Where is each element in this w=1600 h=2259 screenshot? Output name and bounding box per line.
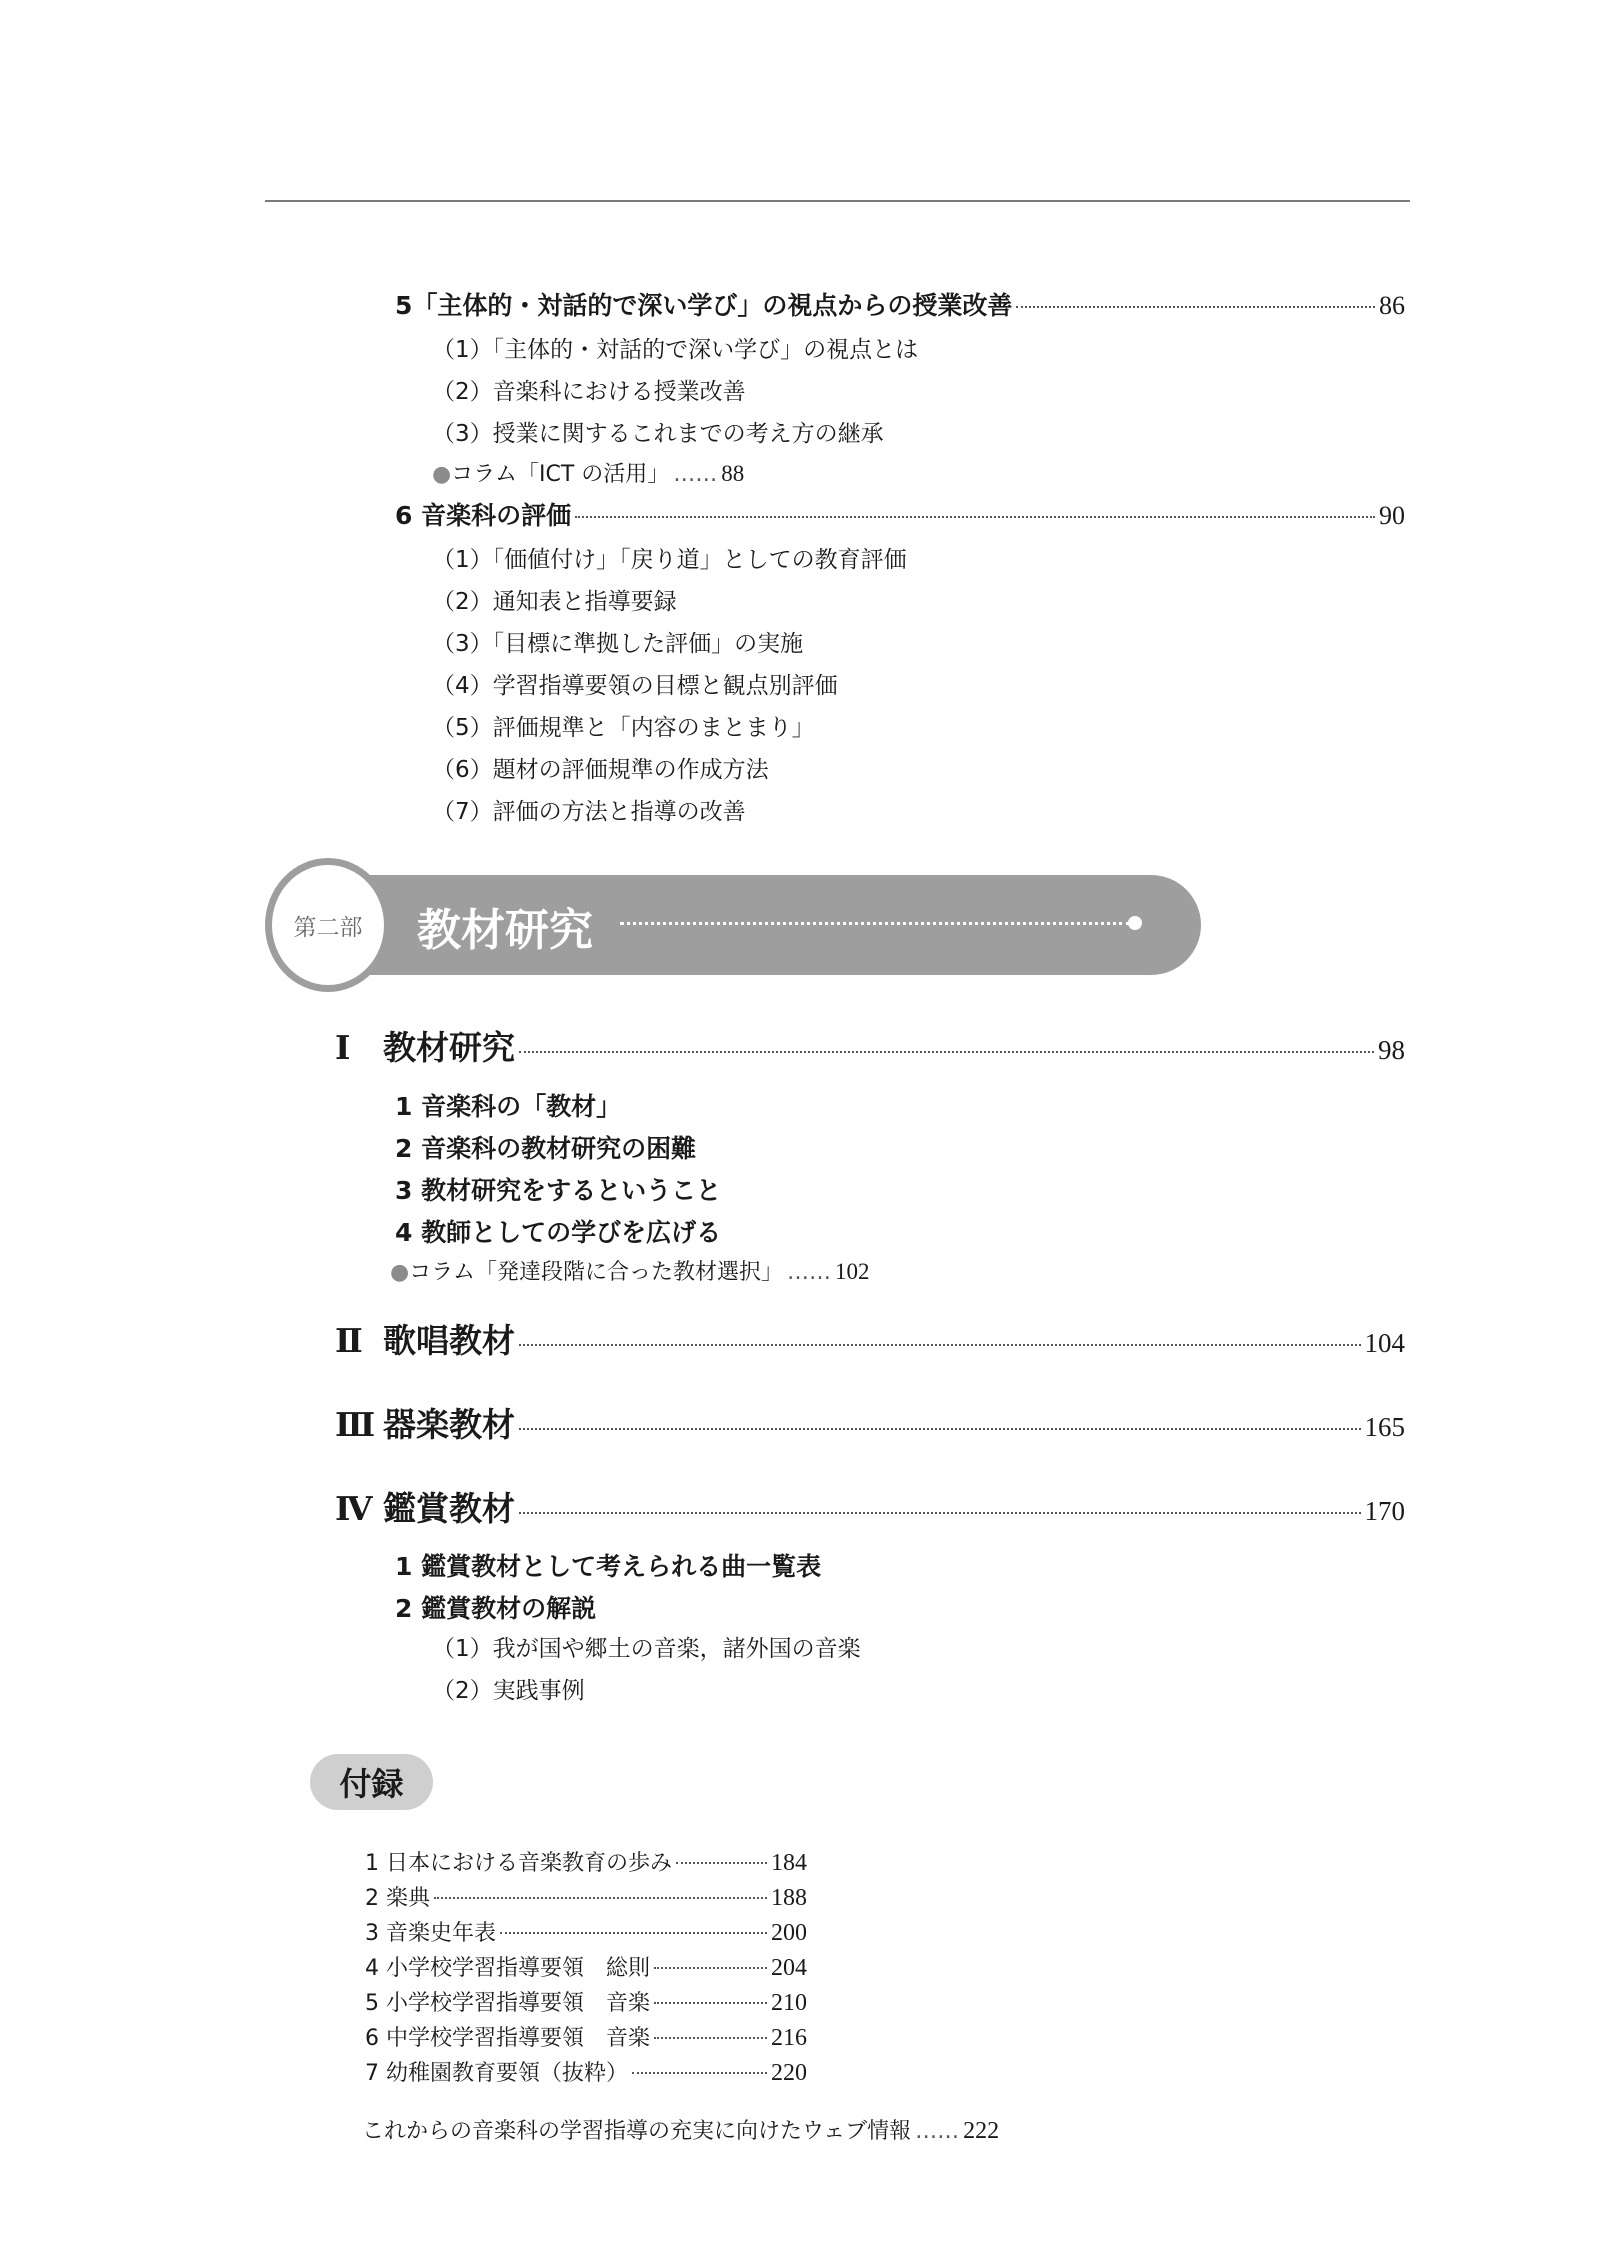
toc-item[interactable]: 1 音楽科の「教材」: [395, 1087, 621, 1123]
column-label: コラム「ICT の活用」: [451, 457, 669, 488]
toc-item[interactable]: 3 教材研究をするということ: [395, 1171, 721, 1207]
dot-leader: [632, 2072, 767, 2074]
page-number: 86: [1379, 291, 1405, 321]
dot-leader: [1016, 306, 1375, 308]
subsection-label: （2）通知表と指導要録: [432, 583, 677, 616]
dot-leader: ……: [915, 2119, 959, 2144]
toc-subsection[interactable]: （2）実践事例: [432, 1672, 585, 1705]
column-label: コラム「発達段階に合った教材選択」: [409, 1255, 783, 1286]
page-number: 220: [771, 2060, 807, 2087]
toc-chapter-2[interactable]: Ⅱ 歌唱教材 104: [335, 1315, 1405, 1362]
item-label: 2 音楽科の教材研究の困難: [395, 1129, 696, 1165]
subsection-label: （2）実践事例: [432, 1672, 585, 1705]
toc-section-label: 5「主体的・対話的で深い学び」の視点からの授業改善: [395, 286, 1012, 322]
dot-leader: [654, 2002, 767, 2004]
toc-column[interactable]: ● コラム「発達段階に合った教材選択」 …… 102: [390, 1255, 870, 1286]
appendix-item-label: 1 日本における音楽教育の歩み: [365, 1846, 672, 1877]
toc-column[interactable]: ● コラム「ICT の活用」 …… 88: [432, 457, 744, 488]
toc-subsection[interactable]: （2）通知表と指導要録: [432, 583, 677, 616]
part-badge-label: 第二部: [294, 909, 363, 942]
appendix-item[interactable]: 5 小学校学習指導要領 音楽 210: [365, 1986, 807, 2017]
chapter-numeral: Ⅳ: [335, 1489, 383, 1529]
appendix-item-label: 4 小学校学習指導要領 総則: [365, 1951, 650, 1982]
banner-dot-leader: [620, 922, 1130, 925]
toc-chapter-4[interactable]: Ⅳ 鑑賞教材 170: [335, 1483, 1405, 1530]
dot-leader: [654, 2037, 767, 2039]
dot-leader: [676, 1862, 767, 1864]
dot-leader: ……: [673, 462, 717, 487]
page-number: 222: [963, 2118, 999, 2145]
page-number: 170: [1365, 1496, 1406, 1527]
page-number: 216: [771, 2025, 807, 2052]
page-number: 102: [835, 1259, 870, 1285]
bullet-icon: ●: [432, 462, 451, 487]
appendix-item[interactable]: 6 中学校学習指導要領 音楽 216: [365, 2021, 807, 2052]
toc-subsection[interactable]: （1）「主体的・対話的で深い学び」の視点とは: [432, 331, 918, 364]
item-label: 3 教材研究をするということ: [395, 1171, 721, 1207]
dot-leader: [519, 1051, 1374, 1053]
subsection-label: （7）評価の方法と指導の改善: [432, 793, 746, 826]
toc-chapter-3[interactable]: Ⅲ 器楽教材 165: [335, 1399, 1405, 1446]
appendix-item[interactable]: 1 日本における音楽教育の歩み 184: [365, 1846, 807, 1877]
appendix-item-label: 2 楽典: [365, 1881, 430, 1912]
item-label: 4 教師としての学びを広げる: [395, 1213, 721, 1249]
subsection-label: （5）評価規準と「内容のまとまり」: [432, 709, 815, 742]
dot-leader: [500, 1932, 767, 1934]
toc-section-5[interactable]: 5「主体的・対話的で深い学び」の視点からの授業改善 86: [395, 286, 1405, 322]
toc-item[interactable]: 2 鑑賞教材の解説: [395, 1589, 596, 1625]
chapter-numeral: Ⅰ: [335, 1028, 383, 1068]
toc-subsection[interactable]: （6）題材の評価規準の作成方法: [432, 751, 769, 784]
appendix-item-label: 5 小学校学習指導要領 音楽: [365, 1986, 650, 2017]
dot-leader: [519, 1428, 1361, 1430]
appendix-heading: 付録: [310, 1754, 433, 1810]
page-number: 98: [1378, 1035, 1405, 1066]
toc-item[interactable]: 2 音楽科の教材研究の困難: [395, 1129, 696, 1165]
toc-section-label: 6 音楽科の評価: [395, 496, 571, 532]
page-number: 104: [1365, 1328, 1406, 1359]
chapter-numeral: Ⅲ: [335, 1405, 383, 1445]
dot-leader: [434, 1897, 767, 1899]
dot-leader: [654, 1967, 767, 1969]
appendix-item[interactable]: 7 幼稚園教育要領（抜粋） 220: [365, 2056, 807, 2087]
page-number: 200: [771, 1920, 807, 1947]
part-title: 教材研究: [417, 894, 593, 958]
dot-leader: [519, 1344, 1361, 1346]
appendix-item-label: 3 音楽史年表: [365, 1916, 496, 1947]
web-info-label: これからの音楽科の学習指導の充実に向けたウェブ情報: [362, 2114, 911, 2145]
toc-item[interactable]: 4 教師としての学びを広げる: [395, 1213, 721, 1249]
chapter-label: 器楽教材: [383, 1399, 515, 1446]
toc-subsection[interactable]: （5）評価規準と「内容のまとまり」: [432, 709, 815, 742]
toc-section-6[interactable]: 6 音楽科の評価 90: [395, 496, 1405, 532]
subsection-label: （3）授業に関するこれまでの考え方の継承: [432, 415, 884, 448]
page-number: 188: [771, 1885, 807, 1912]
banner-end-dot-icon: [1128, 916, 1142, 930]
item-label: 2 鑑賞教材の解説: [395, 1589, 596, 1625]
item-label: 1 音楽科の「教材」: [395, 1087, 621, 1123]
dot-leader: [575, 516, 1375, 518]
subsection-label: （3）「目標に準拠した評価」の実施: [432, 625, 803, 658]
appendix-item[interactable]: 3 音楽史年表 200: [365, 1916, 807, 1947]
chapter-label: 鑑賞教材: [383, 1483, 515, 1530]
toc-subsection[interactable]: （7）評価の方法と指導の改善: [432, 793, 746, 826]
appendix-title: 付録: [339, 1759, 403, 1805]
header-rule: [265, 200, 1410, 202]
toc-subsection[interactable]: （4）学習指導要領の目標と観点別評価: [432, 667, 838, 700]
subsection-label: （2）音楽科における授業改善: [432, 373, 746, 406]
toc-subsection[interactable]: （2）音楽科における授業改善: [432, 373, 746, 406]
appendix-item-label: 6 中学校学習指導要領 音楽: [365, 2021, 650, 2052]
subsection-label: （1）我が国や郷土の音楽，諸外国の音楽: [432, 1630, 861, 1663]
appendix-item[interactable]: 2 楽典 188: [365, 1881, 807, 1912]
toc-subsection[interactable]: （3）「目標に準拠した評価」の実施: [432, 625, 803, 658]
page-number: 165: [1365, 1412, 1406, 1443]
page-number: 210: [771, 1990, 807, 2017]
subsection-label: （1）「主体的・対話的で深い学び」の視点とは: [432, 331, 918, 364]
toc-subsection[interactable]: （1）我が国や郷土の音楽，諸外国の音楽: [432, 1630, 861, 1663]
dot-leader: ……: [787, 1260, 831, 1285]
toc-subsection[interactable]: （1）「価値付け」「戻り道」としての教育評価: [432, 541, 907, 574]
page-number: 184: [771, 1850, 807, 1877]
subsection-label: （1）「価値付け」「戻り道」としての教育評価: [432, 541, 907, 574]
toc-item[interactable]: 1 鑑賞教材として考えられる曲一覧表: [395, 1547, 821, 1583]
chapter-label: 歌唱教材: [383, 1315, 515, 1362]
toc-chapter-1[interactable]: Ⅰ 教材研究 98: [335, 1022, 1405, 1069]
chapter-numeral: Ⅱ: [335, 1321, 383, 1361]
dot-leader: [519, 1512, 1361, 1514]
chapter-label: 教材研究: [383, 1022, 515, 1069]
appendix-item-label: 7 幼稚園教育要領（抜粋）: [365, 2056, 628, 2087]
page-number: 90: [1379, 501, 1405, 531]
page-number: 204: [771, 1955, 807, 1982]
page-number: 88: [721, 461, 744, 487]
web-info-item[interactable]: これからの音楽科の学習指導の充実に向けたウェブ情報 …… 222: [362, 2114, 999, 2145]
part-badge: 第二部: [265, 858, 391, 992]
appendix-item[interactable]: 4 小学校学習指導要領 総則 204: [365, 1951, 807, 1982]
toc-subsection[interactable]: （3）授業に関するこれまでの考え方の継承: [432, 415, 884, 448]
item-label: 1 鑑賞教材として考えられる曲一覧表: [395, 1547, 821, 1583]
subsection-label: （6）題材の評価規準の作成方法: [432, 751, 769, 784]
subsection-label: （4）学習指導要領の目標と観点別評価: [432, 667, 838, 700]
bullet-icon: ●: [390, 1260, 409, 1285]
